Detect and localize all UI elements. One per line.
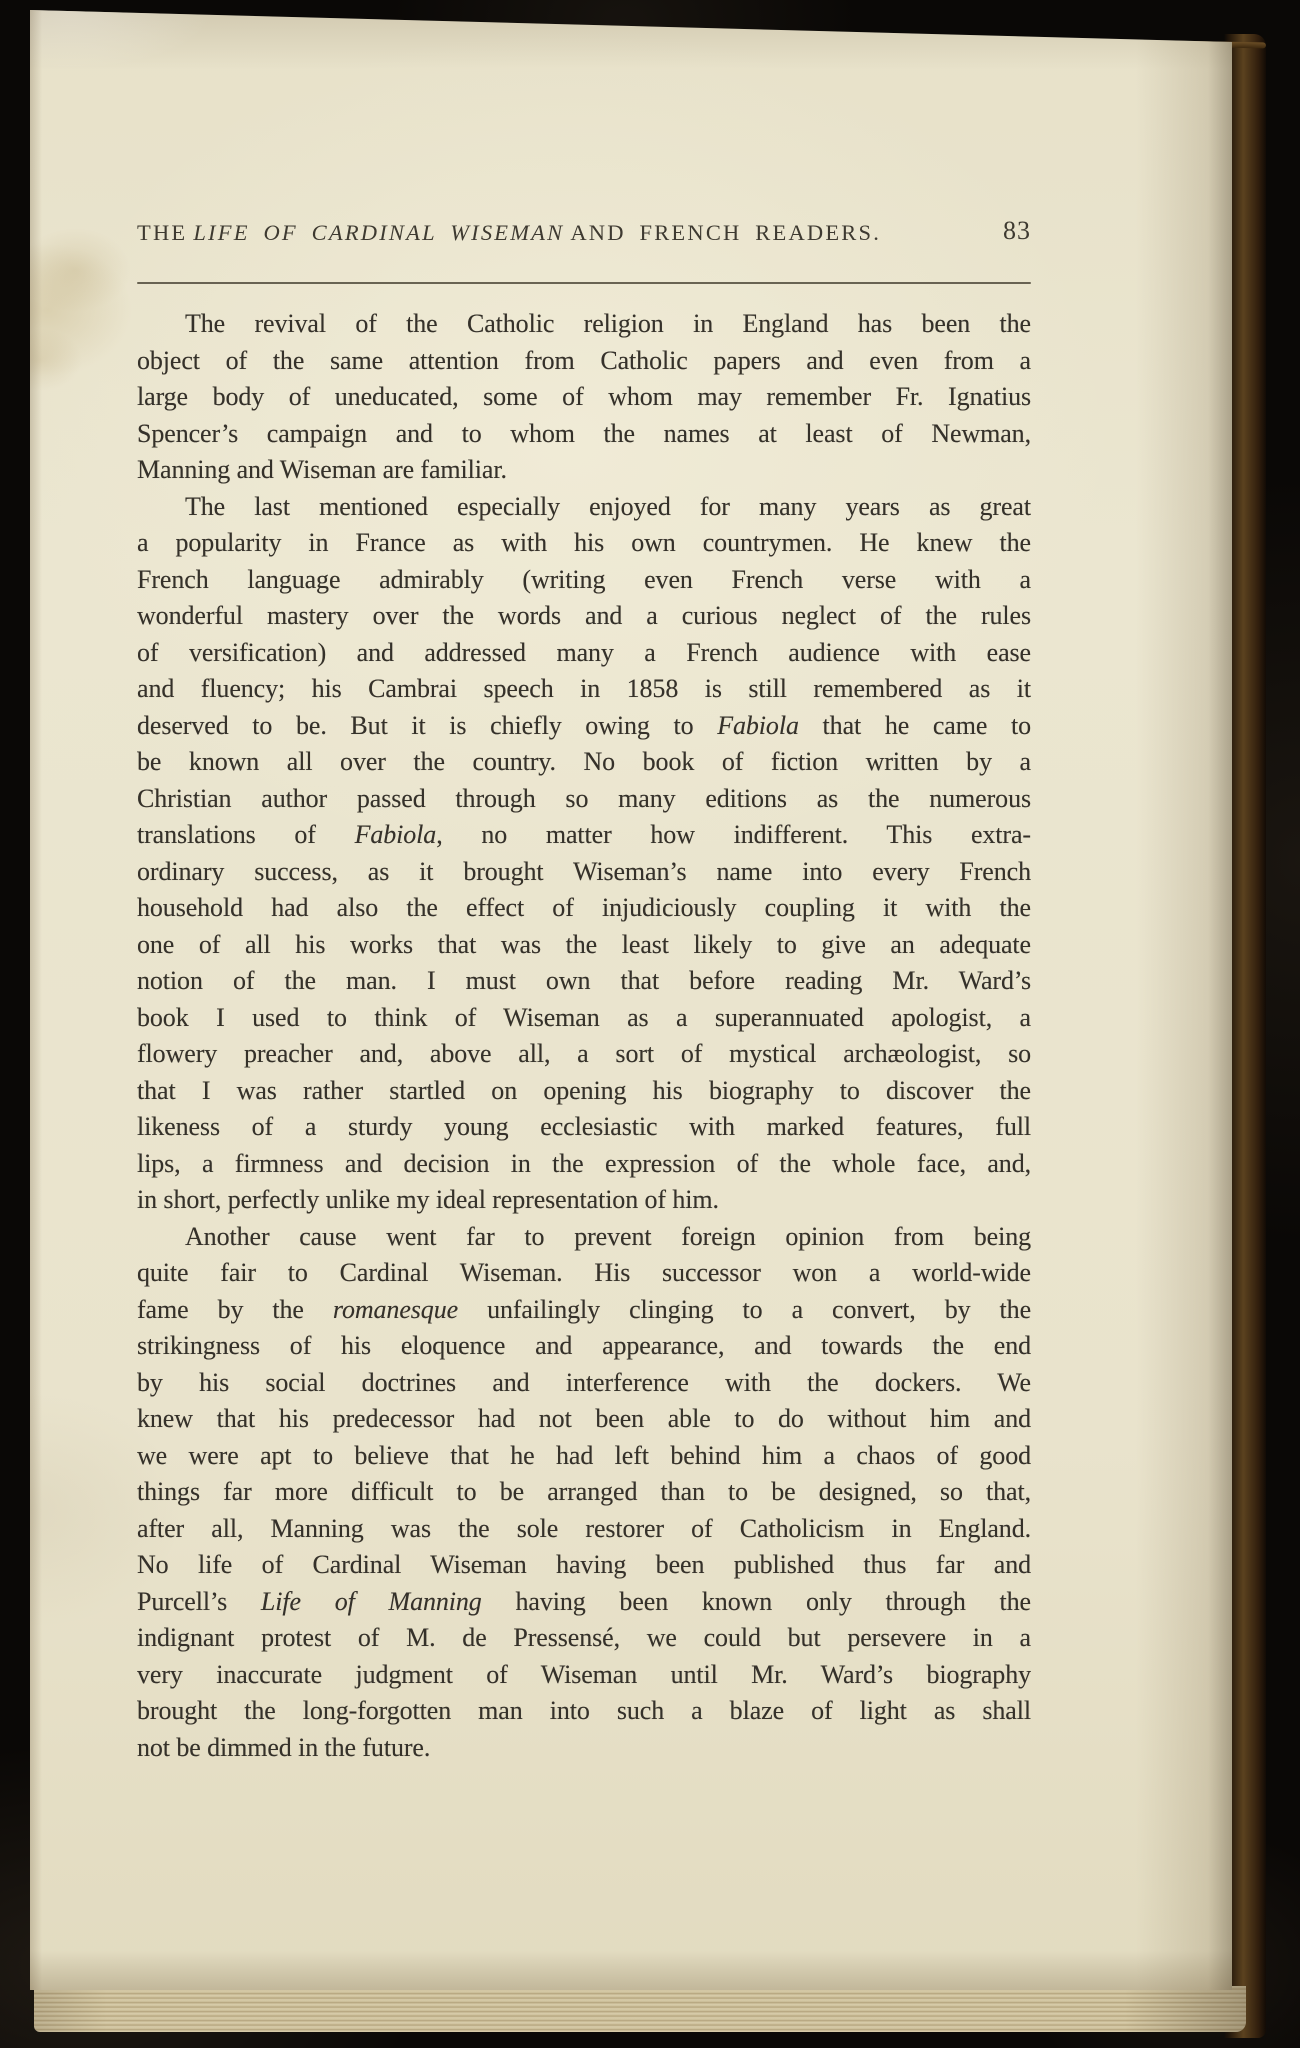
text-line: Christian author passed through so many …	[137, 781, 1031, 818]
text-line: of versification) and addressed many a F…	[137, 635, 1031, 672]
header-italic-title: LIFE OF CARDINAL WISEMAN	[193, 220, 564, 245]
text-line: knew that his predecessor had not been a…	[137, 1401, 1031, 1438]
text-line: things far more difficult to be arranged…	[137, 1474, 1031, 1511]
page-text: The revival of the Catholic religion in …	[137, 306, 1031, 1766]
header-rule	[137, 282, 1031, 284]
text-line: household had also the effect of injudic…	[137, 890, 1031, 927]
text-line: ordinary success, as it brought Wiseman’…	[137, 854, 1031, 891]
text-line: notion of the man. I must own that befor…	[137, 963, 1031, 1000]
text-line: very inaccurate judgment of Wiseman unti…	[137, 1657, 1031, 1694]
text-line: not be dimmed in the future.	[137, 1730, 1031, 1767]
text-line: and fluency; his Cambrai speech in 1858 …	[137, 671, 1031, 708]
text-line: deserved to be. But it is chiefly owing …	[137, 708, 1031, 745]
text-line: book I used to think of Wiseman as a sup…	[137, 1000, 1031, 1037]
text-line: by his social doctrines and interference…	[137, 1365, 1031, 1402]
text-line: indignant protest of M. de Pressensé, we…	[137, 1620, 1031, 1657]
text-line: translations of Fabiola, no matter how i…	[137, 817, 1031, 854]
text-line: quite fair to Cardinal Wiseman. His succ…	[137, 1255, 1031, 1292]
header-suffix: AND FRENCH READERS.	[570, 220, 881, 245]
book-page: THELIFE OF CARDINAL WISEMANAND FRENCH RE…	[30, 10, 1232, 1990]
text-line: one of all his works that was the least …	[137, 927, 1031, 964]
text-line: fame by the romanesque unfailingly cling…	[137, 1292, 1031, 1329]
photo-scene: THELIFE OF CARDINAL WISEMANAND FRENCH RE…	[0, 0, 1300, 2048]
text-line: lips, a firmness and decision in the exp…	[137, 1146, 1031, 1183]
running-header: THELIFE OF CARDINAL WISEMANAND FRENCH RE…	[137, 220, 1031, 254]
text-line: Manning and Wiseman are familiar.	[137, 452, 1031, 489]
page-fore-edges	[34, 1986, 1246, 2032]
text-line: large body of uneducated, some of whom m…	[137, 379, 1031, 416]
page-number: 83	[1003, 216, 1031, 246]
text-line: that I was rather startled on opening hi…	[137, 1073, 1031, 1110]
text-line: Spencer’s campaign and to whom the names…	[137, 416, 1031, 453]
text-line: The last mentioned especially enjoyed fo…	[137, 489, 1031, 526]
text-line: a popularity in France as with his own c…	[137, 525, 1031, 562]
text-line: brought the long-forgotten man into such…	[137, 1693, 1031, 1730]
text-line: wonderful mastery over the words and a c…	[137, 598, 1031, 635]
text-line: flowery preacher and, above all, a sort …	[137, 1036, 1031, 1073]
text-line: object of the same attention from Cathol…	[137, 343, 1031, 380]
header-prefix: THE	[137, 220, 187, 245]
text-line: be known all over the country. No book o…	[137, 744, 1031, 781]
text-line: The revival of the Catholic religion in …	[137, 306, 1031, 343]
text-line: we were apt to believe that he had left …	[137, 1438, 1031, 1475]
text-line: French language admirably (writing even …	[137, 562, 1031, 599]
text-line: after all, Manning was the sole restorer…	[137, 1511, 1031, 1548]
text-line: Purcell’s Life of Manning having been kn…	[137, 1584, 1031, 1621]
text-line: Another cause went far to prevent foreig…	[137, 1219, 1031, 1256]
text-line: No life of Cardinal Wiseman having been …	[137, 1547, 1031, 1584]
text-line: likeness of a sturdy young ecclesiastic …	[137, 1109, 1031, 1146]
text-line: in short, perfectly unlike my ideal repr…	[137, 1182, 1031, 1219]
text-line: strikingness of his eloquence and appear…	[137, 1328, 1031, 1365]
